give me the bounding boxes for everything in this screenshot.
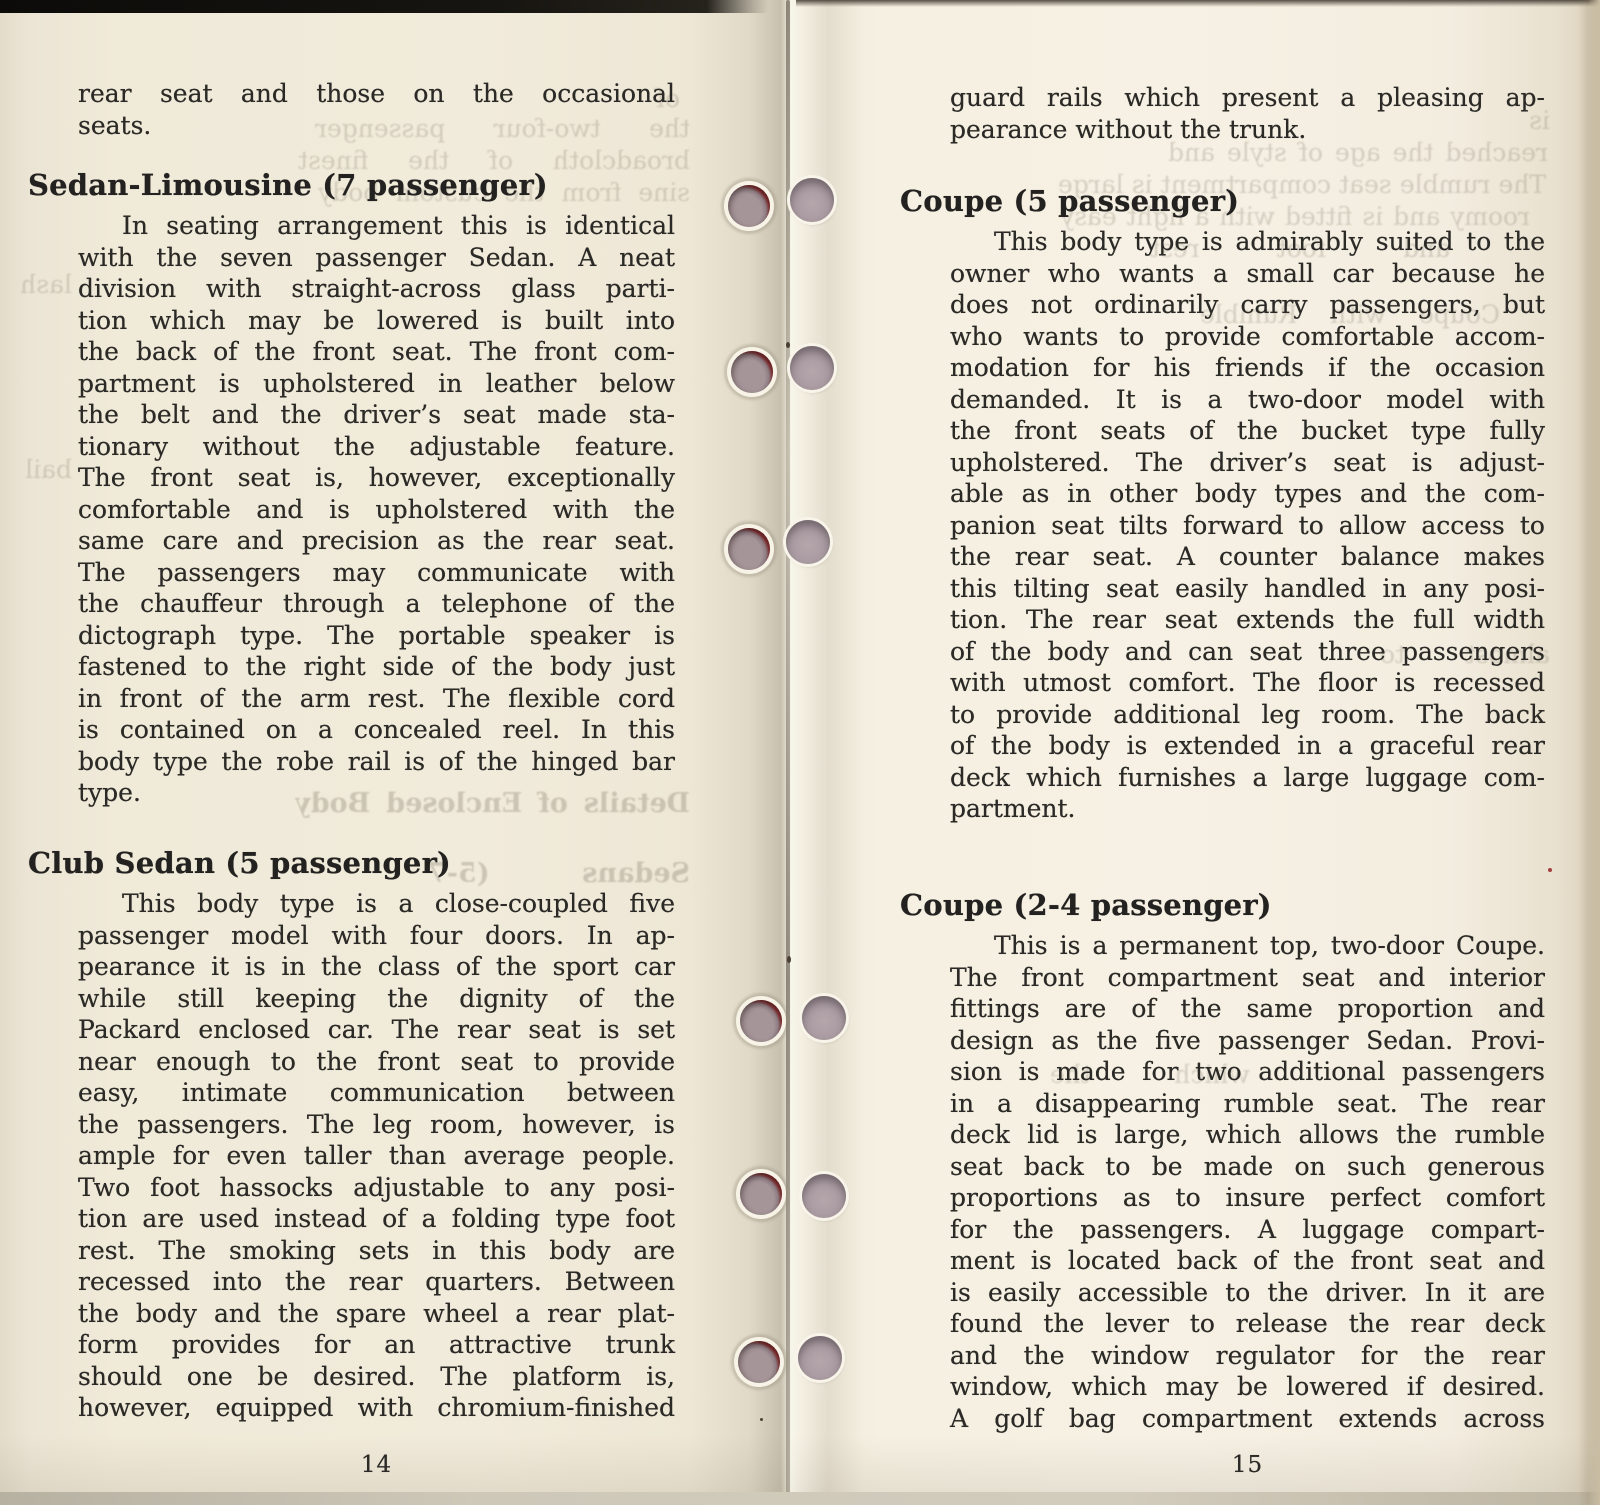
text-line: deck lid is large, which allows the rumb… — [950, 1119, 1545, 1151]
binding-hole — [728, 185, 770, 227]
text-line: this tilting seat easily handled in any … — [950, 573, 1545, 605]
page-number-left: 14 — [78, 1452, 675, 1478]
text-line: proportions as to insure perfect comfort — [950, 1182, 1545, 1214]
text-line: fastened to the right side of the body j… — [78, 651, 675, 683]
section-sedan-limousine: Sedan-Limousine (7 passenger)In seating … — [78, 168, 675, 809]
bleed-through-text: lash — [2, 270, 72, 300]
text-line: sion is made for two additional passenge… — [950, 1056, 1545, 1088]
text-column-left: rear seat and those on the occasionalsea… — [78, 0, 675, 1505]
text-line: to provide additional leg room. The back — [950, 699, 1545, 731]
scan-top-edge — [0, 0, 768, 13]
text-line: found the lever to release the rear deck — [950, 1308, 1545, 1340]
paper-speck — [1548, 868, 1552, 872]
text-line: the front seats of the bucket type fully — [950, 415, 1545, 447]
text-line: should one be desired. The platform is, — [78, 1361, 675, 1393]
text-line: The passengers may communicate with — [78, 557, 675, 589]
text-line: in a disappearing rumble seat. The rear — [950, 1088, 1545, 1120]
text-line: In seating arrangement this is identical — [78, 210, 675, 242]
page-stack-right-edge — [1578, 0, 1600, 1505]
text-line: easy, intimate communication between — [78, 1077, 675, 1109]
text-line: who wants to provide comfortable accom- — [950, 321, 1545, 353]
text-line: seats. — [78, 110, 675, 142]
text-column-right: guard rails which present a pleasing ap-… — [950, 0, 1545, 1505]
text-line: the belt and the driver’s seat made sta- — [78, 399, 675, 431]
text-line: with utmost comfort. The floor is recess… — [950, 667, 1545, 699]
binding-hole — [802, 1174, 846, 1218]
text-line: fittings are of the same proportion and — [950, 993, 1545, 1025]
text-line: panion seat tilts forward to allow acces… — [950, 510, 1545, 542]
binding-hole — [740, 1000, 782, 1042]
text-line: upholstered. The driver’s seat is adjust… — [950, 447, 1545, 479]
text-line: This body type is a close-coupled five — [78, 888, 675, 920]
text-line: comfortable and is upholstered with the — [78, 494, 675, 526]
text-line: A golf bag compartment extends across — [950, 1403, 1545, 1435]
text-line: tionary without the adjustable feature. — [78, 431, 675, 463]
binding-hole — [728, 528, 770, 570]
paragraph: guard rails which present a pleasing ap-… — [950, 82, 1545, 145]
binding-gutter-shadow — [688, 0, 863, 1505]
binding-hole — [802, 996, 846, 1040]
section-heading: Coupe (2-4 passenger) — [900, 888, 1545, 926]
text-line: The front compartment seat and interior — [950, 962, 1545, 994]
paper-speck — [760, 1418, 763, 1421]
text-line: ample for even taller than average peopl… — [78, 1140, 675, 1172]
text-line: rear seat and those on the occasional — [78, 78, 675, 110]
text-line: This body type is admirably suited to th… — [950, 226, 1545, 258]
binding-hole — [731, 351, 773, 393]
text-line: the body and the spare wheel a rear plat… — [78, 1298, 675, 1330]
text-line: seat back to be made on such generous — [950, 1151, 1545, 1183]
text-line: is easily accessible to the driver. In i… — [950, 1277, 1545, 1309]
text-line: of the body is extended in a graceful re… — [950, 730, 1545, 762]
text-line: modation for his friends if the occasion — [950, 352, 1545, 384]
text-line: however, equipped with chromium-finished — [78, 1392, 675, 1424]
text-line: with the seven passenger Sedan. A neat — [78, 242, 675, 274]
text-line: is contained on a concealed reel. In thi… — [78, 714, 675, 746]
text-line: recessed into the rear quarters. Between — [78, 1266, 675, 1298]
scanned-booklet: ofthe two-four passenger Coupe isbroadcl… — [0, 0, 1600, 1505]
text-line: tion are used instead of a folding type … — [78, 1203, 675, 1235]
binding-hole — [738, 1341, 780, 1383]
section-heading: Sedan-Limousine (7 passenger) — [28, 168, 675, 206]
paper-speck — [787, 956, 791, 963]
section-heading: Club Sedan (5 passenger) — [28, 846, 675, 884]
crease-line — [786, 0, 790, 1505]
page-number-right: 15 — [950, 1452, 1545, 1478]
text-line: in front of the arm rest. The flexible c… — [78, 683, 675, 715]
text-line: of the body and can seat three passenger… — [950, 636, 1545, 668]
section-coupe-5: Coupe (5 passenger)This body type is adm… — [950, 184, 1545, 825]
text-line: does not ordinarily carry passengers, bu… — [950, 289, 1545, 321]
binding-hole — [786, 520, 830, 564]
scan-bottom-edge — [0, 1492, 1600, 1505]
binding-hole — [798, 1336, 842, 1380]
text-line: partment is upholstered in leather below — [78, 368, 675, 400]
text-line: same care and precision as the rear seat… — [78, 525, 675, 557]
paragraph: rear seat and those on the occasionalsea… — [78, 78, 675, 141]
text-line: pearance it is in the class of the sport… — [78, 951, 675, 983]
text-line: while still keeping the dignity of the — [78, 983, 675, 1015]
paragraph: This is a permanent top, two-door Coupe.… — [950, 930, 1545, 1434]
paragraph: This body type is a close-coupled fivepa… — [78, 888, 675, 1424]
paragraph-continuation: guard rails which present a pleasing ap-… — [950, 78, 1545, 145]
text-line: the back of the front seat. The front co… — [78, 336, 675, 368]
text-line: able as in other body types and the com- — [950, 478, 1545, 510]
section-club-sedan: Club Sedan (5 passenger)This body type i… — [78, 846, 675, 1424]
text-line: and the window regulator for the rear — [950, 1340, 1545, 1372]
binding-hole — [790, 346, 834, 390]
text-line: form provides for an attractive trunk — [78, 1329, 675, 1361]
text-line: rest. The smoking sets in this body are — [78, 1235, 675, 1267]
paper-speck — [786, 342, 790, 348]
text-line: type. — [78, 777, 675, 809]
paragraph: In seating arrangement this is identical… — [78, 210, 675, 809]
text-line: passenger model with four doors. In ap- — [78, 920, 675, 952]
text-line: pearance without the trunk. — [950, 114, 1545, 146]
text-line: demanded. It is a two-door model with — [950, 384, 1545, 416]
binding-hole — [790, 178, 834, 222]
text-line: design as the five passenger Sedan. Prov… — [950, 1025, 1545, 1057]
text-line: near enough to the front seat to provide — [78, 1046, 675, 1078]
text-line: ment is located back of the front seat a… — [950, 1245, 1545, 1277]
text-line: Packard enclosed car. The rear seat is s… — [78, 1014, 675, 1046]
text-line: dictograph type. The portable speaker is — [78, 620, 675, 652]
section-heading: Coupe (5 passenger) — [900, 184, 1545, 222]
page-right-top-edge — [796, 0, 1600, 7]
bleed-through-text: bail — [2, 455, 72, 485]
text-line: the chauffeur through a telephone of the — [78, 588, 675, 620]
text-line: tion. The rear seat extends the full wid… — [950, 604, 1545, 636]
text-line: owner who wants a small car because he — [950, 258, 1545, 290]
binding-hole — [740, 1173, 782, 1215]
text-line: partment. — [950, 793, 1545, 825]
paragraph: This body type is admirably suited to th… — [950, 226, 1545, 825]
text-line: division with straight-across glass part… — [78, 273, 675, 305]
text-line: window, which may be lowered if desired. — [950, 1371, 1545, 1403]
text-line: The front seat is, however, exceptionall… — [78, 462, 675, 494]
text-line: for the passengers. A luggage compart- — [950, 1214, 1545, 1246]
text-line: Two foot hassocks adjustable to any posi… — [78, 1172, 675, 1204]
text-line: the passengers. The leg room, however, i… — [78, 1109, 675, 1141]
section-coupe-2-4: Coupe (2-4 passenger)This is a permanent… — [950, 888, 1545, 1434]
text-line: tion which may be lowered is built into — [78, 305, 675, 337]
paragraph-continuation: rear seat and those on the occasionalsea… — [78, 74, 675, 141]
text-line: deck which furnishes a large luggage com… — [950, 762, 1545, 794]
text-line: the rear seat. A counter balance makes — [950, 541, 1545, 573]
text-line: body type the robe rail is of the hinged… — [78, 746, 675, 778]
text-line: guard rails which present a pleasing ap- — [950, 82, 1545, 114]
text-line: This is a permanent top, two-door Coupe. — [950, 930, 1545, 962]
